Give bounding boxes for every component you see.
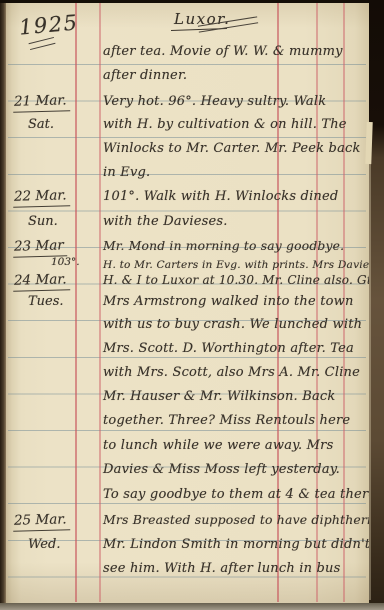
diary-row: together. Three? Miss Rentouls here	[0, 412, 384, 434]
entry-text: Mr. Mond in morning to say goodbye.	[103, 238, 371, 255]
book-binding-left-edge	[0, 0, 6, 610]
entry-date: 24 Mar.	[13, 271, 70, 291]
entry-temperature: 103°.	[13, 254, 80, 271]
diary-row: see him. With H. after lunch in bus	[0, 560, 384, 582]
diary-row: after dinner.	[0, 67, 384, 89]
entry-text: Mrs. Scott. D. Worthington after. Tea	[103, 340, 371, 357]
entry-text: Mrs Breasted supposed to have diphtheria…	[103, 511, 371, 528]
entry-day: Sat.	[13, 116, 54, 133]
diary-row: Winlocks to Mr. Carter. Mr. Peek back	[0, 140, 384, 162]
diary-row: with us to buy crash. We lunched with	[0, 316, 384, 338]
entry-text: to lunch while we were away. Mrs	[103, 437, 371, 454]
diary-row: to lunch while we were away. Mrs	[0, 437, 384, 459]
entry-text: in Evg.	[103, 164, 371, 181]
entry-text: see him. With H. after lunch in bus	[103, 560, 371, 577]
entry-date: 25 Mar.	[13, 511, 70, 531]
entry-day: Tues.	[13, 293, 64, 310]
entry-text: together. Three? Miss Rentouls here	[103, 412, 371, 429]
diary-row: Sun. with the Davieses.	[0, 213, 384, 235]
entry-text: H. & I to Luxor at 10.30. Mr. Cline also…	[103, 272, 371, 289]
diary-row: after tea. Movie of W. W. & mummy	[0, 43, 384, 65]
diary-row: Mrs. Scott. D. Worthington after. Tea	[0, 340, 384, 362]
photo-top-edge	[0, 0, 384, 3]
entry-text: with us to buy crash. We lunched with	[103, 316, 371, 333]
diary-row: 25 Mar. Mrs Breasted supposed to have di…	[0, 511, 384, 533]
entry-text: Davies & Miss Moss left yesterday.	[103, 461, 371, 478]
diary-row: To say goodbye to them at 4 & tea there.	[0, 486, 384, 508]
entry-text: after tea. Movie of W. W. & mummy	[103, 43, 371, 60]
entry-day: Sun.	[13, 213, 58, 230]
entry-text: with the Davieses.	[103, 213, 371, 230]
bottom-shadow	[0, 603, 384, 610]
diary-row: Wed. Mr. Lindon Smith in morning but did…	[0, 536, 384, 558]
entry-text: with Mrs. Scott, also Mrs A. Mr. Cline	[103, 364, 371, 381]
book-pages-right-edge	[369, 0, 384, 610]
diary-row: Sat. with H. by cultivation & on hill. T…	[0, 116, 384, 138]
diary-row: 24 Mar. H. & I to Luxor at 10.30. Mr. Cl…	[0, 272, 384, 294]
entry-text: 101°. Walk with H. Winlocks dined	[103, 188, 371, 205]
entry-text: with H. by cultivation & on hill. The	[103, 116, 371, 133]
entry-text: Very hot. 96°. Heavy sultry. Walk	[103, 93, 371, 110]
entry-text: To say goodbye to them at 4 & tea there.	[103, 486, 371, 503]
entry-day: Wed.	[13, 536, 60, 553]
diary-row: Davies & Miss Moss left yesterday.	[0, 461, 384, 483]
diary-row: 21 Mar. Very hot. 96°. Heavy sultry. Wal…	[0, 93, 384, 115]
entry-text: Winlocks to Mr. Carter. Mr. Peek back	[103, 140, 371, 157]
entry-text: Mrs Armstrong walked into the town	[103, 293, 371, 310]
entry-text: Mr. Hauser & Mr. Wilkinson. Back	[103, 388, 371, 405]
entry-text: Mr. Lindon Smith in morning but didn't	[103, 536, 371, 553]
entry-text: after dinner.	[103, 67, 371, 84]
diary-row: with Mrs. Scott, also Mrs A. Mr. Cline	[0, 364, 384, 386]
diary-row: Tues. Mrs Armstrong walked into the town	[0, 293, 384, 315]
diary-row: Mr. Hauser & Mr. Wilkinson. Back	[0, 388, 384, 410]
entry-date: 22 Mar.	[13, 187, 70, 207]
diary-row: 22 Mar. 101°. Walk with H. Winlocks dine…	[0, 188, 384, 210]
diary-page-photo: 1925 Luxor. after tea. Movie of W. W. & …	[0, 0, 384, 610]
entry-date: 21 Mar.	[13, 92, 70, 112]
diary-row: in Evg.	[0, 164, 384, 186]
